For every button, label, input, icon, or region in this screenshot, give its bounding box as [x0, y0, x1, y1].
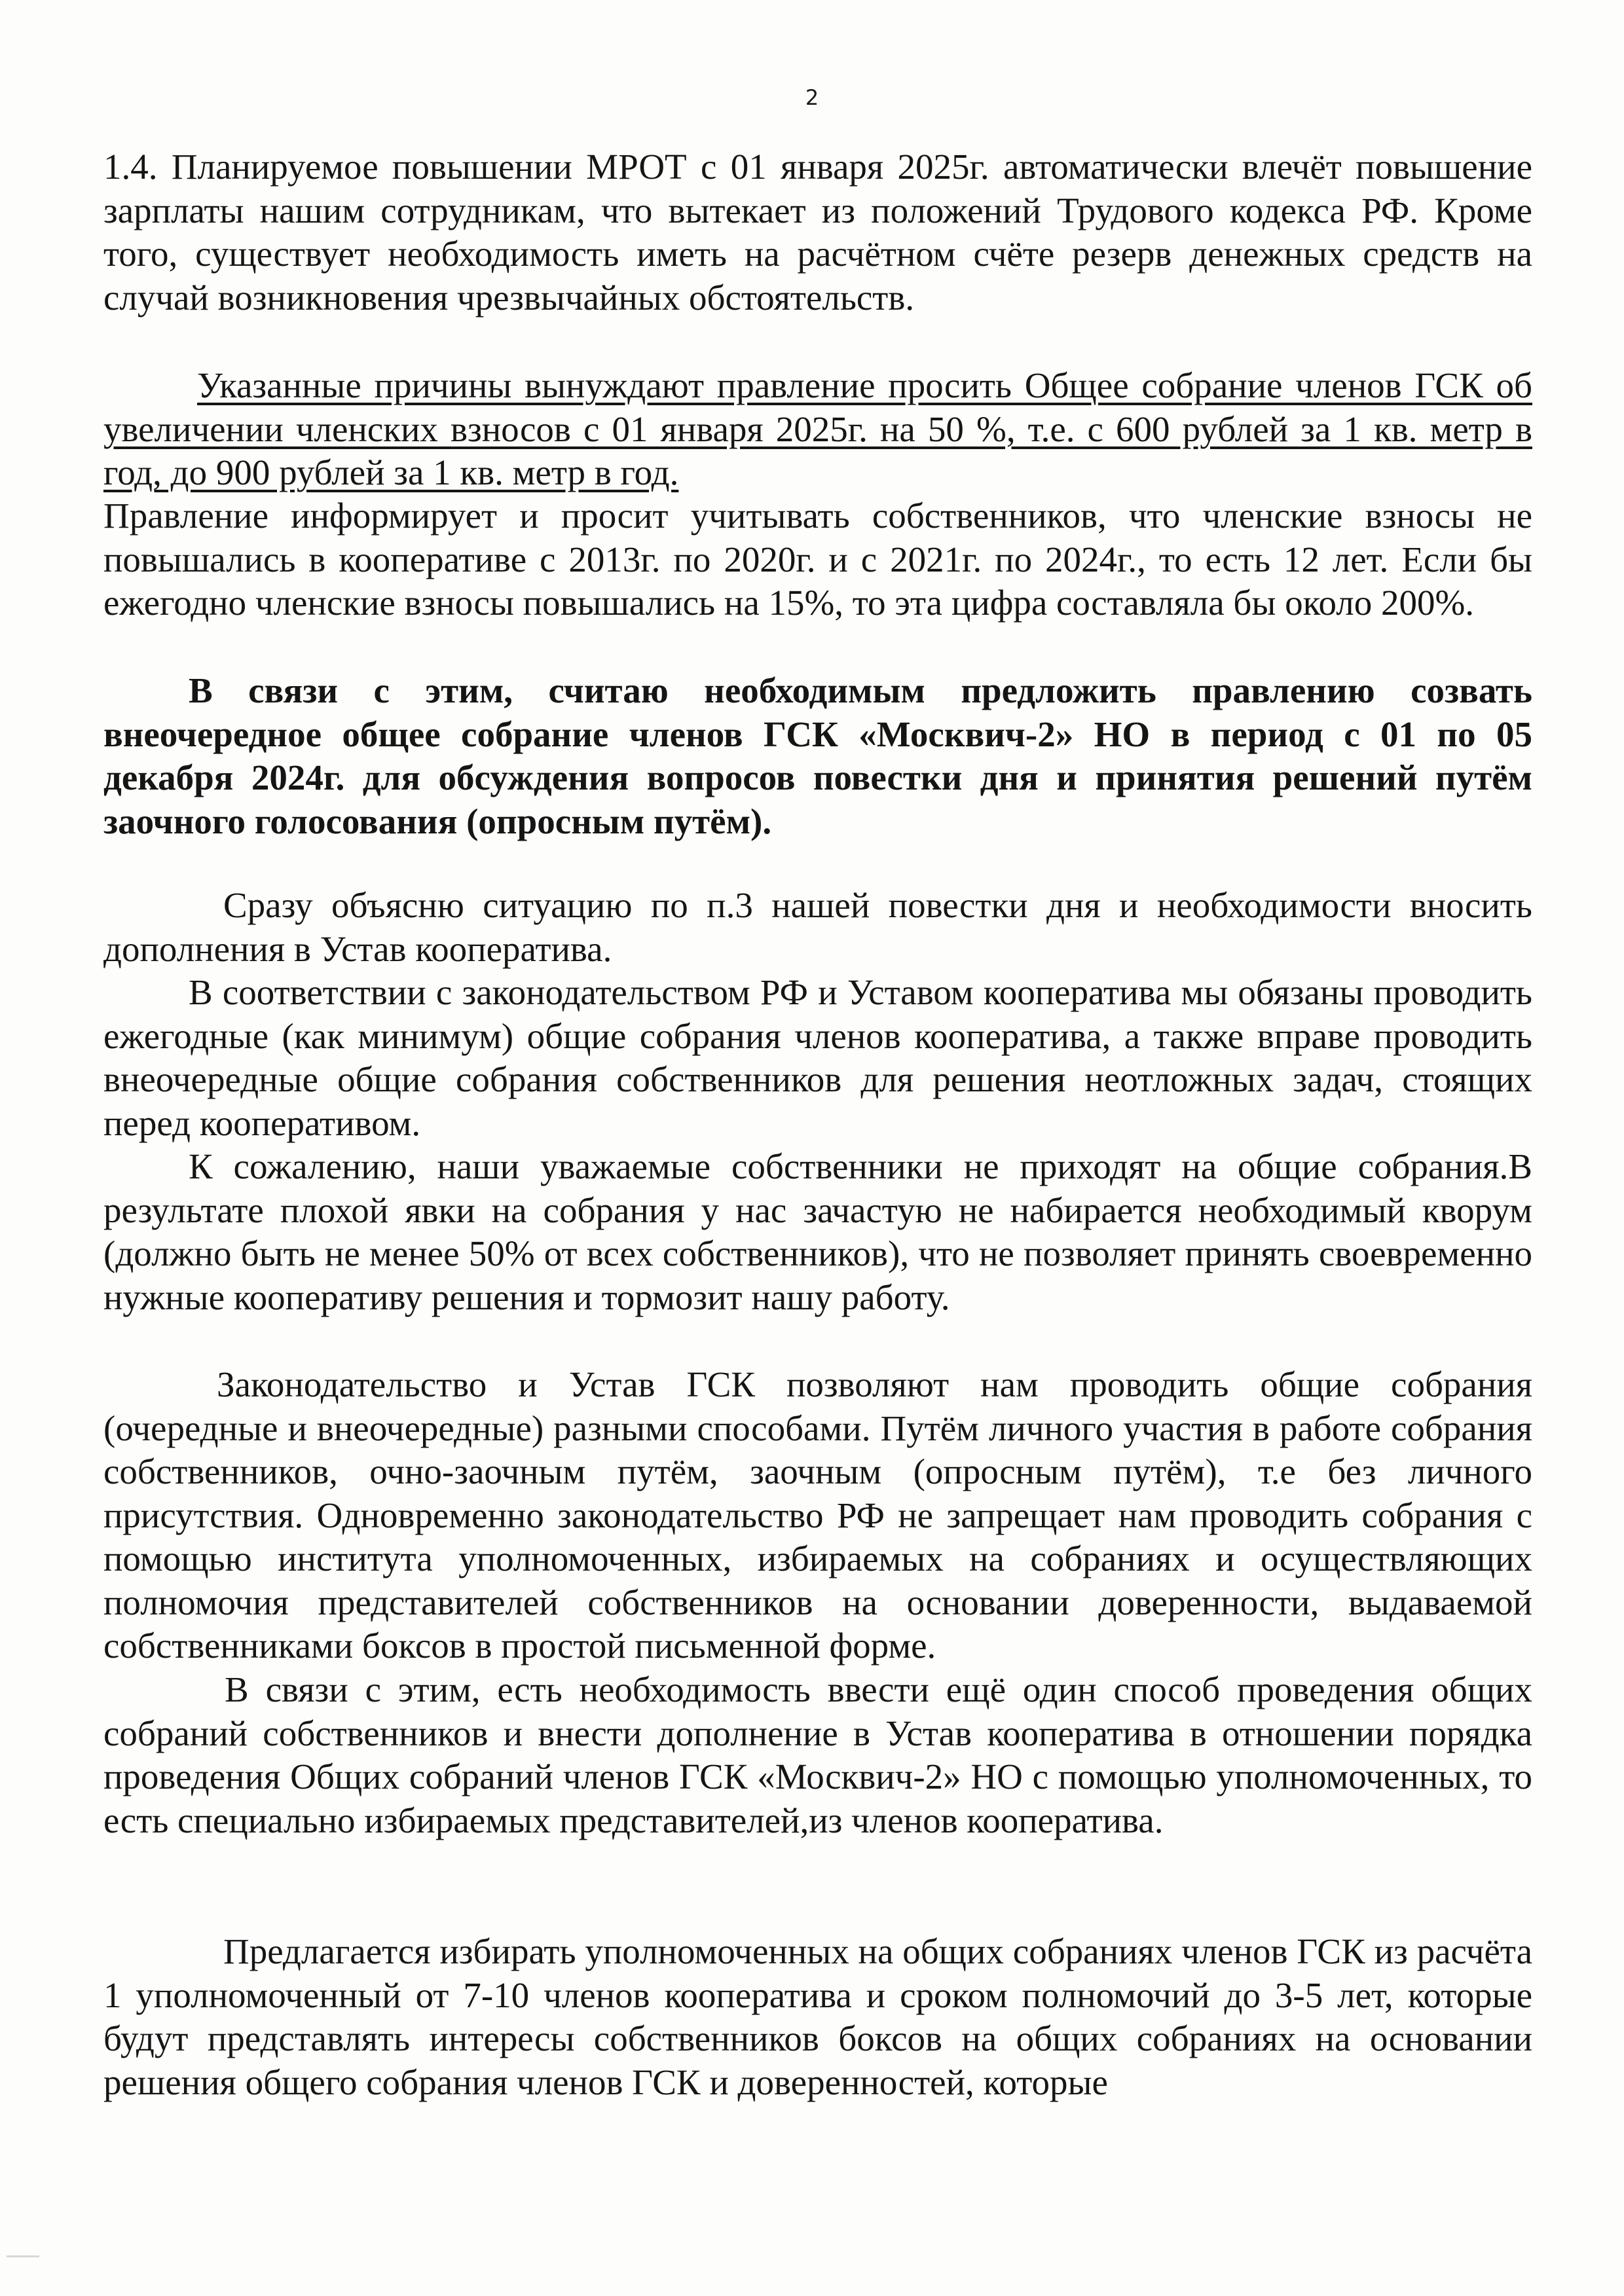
paragraph-mrot-increase: 1.4. Планируемое повышении МРОТ с 01 янв…	[103, 145, 1532, 319]
paragraph-fee-increase-request: Указанные причины вынуждают правление пр…	[103, 364, 1532, 495]
paragraph-representatives-proposal: Предлагается избирать уполномоченных на …	[103, 1930, 1532, 2104]
page-number: 2	[0, 85, 1624, 110]
paragraph-charter-amendment: В связи с этим, есть необходимость ввест…	[103, 1668, 1532, 1842]
paragraph-meeting-methods: Законодательство и Устав ГСК позволяют н…	[103, 1363, 1532, 1668]
document-page: 2 1.4. Планируемое повышении МРОТ с 01 я…	[0, 0, 1624, 2296]
underlined-request-text: Указанные причины вынуждают правление пр…	[103, 365, 1532, 492]
paragraph-board-info: Правление информирует и просит учитывать…	[103, 494, 1532, 625]
paragraph-legal-obligations: В соответствии с законодательством РФ и …	[103, 971, 1532, 1145]
scan-artifact	[7, 2255, 39, 2257]
paragraph-agenda-item-3: Сразу объясню ситуацию по п.3 нашей пове…	[103, 884, 1532, 971]
paragraph-quorum-problem: К сожалению, наши уважаемые собственники…	[103, 1145, 1532, 1319]
paragraph-meeting-proposal: В связи с этим, считаю необходимым предл…	[103, 669, 1532, 843]
